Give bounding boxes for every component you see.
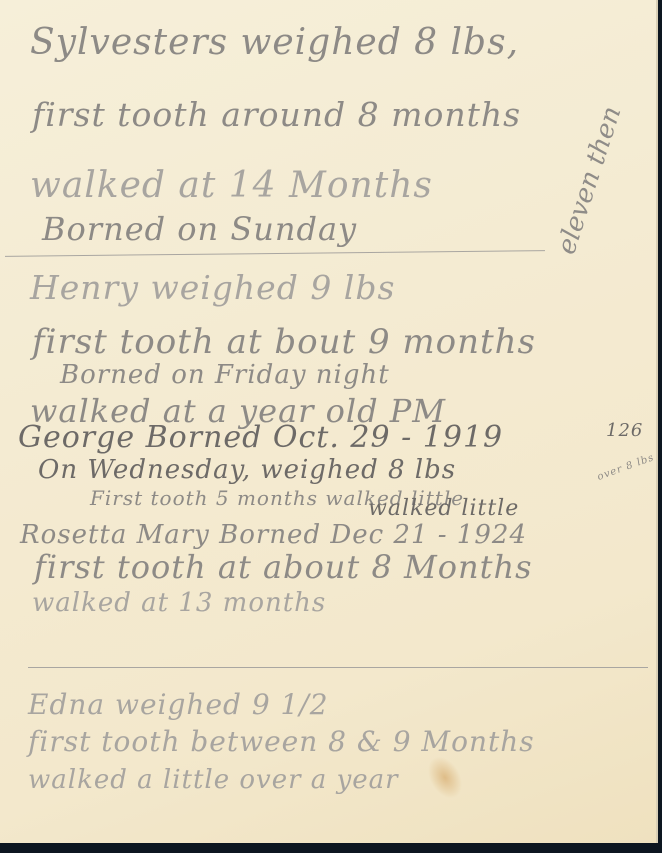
sylvester-weight: Sylvesters weighed 8 lbs, xyxy=(30,22,519,63)
scan-border xyxy=(0,843,662,853)
section-divider-2 xyxy=(28,667,648,668)
rosetta-tooth: first tooth at about 8 Months xyxy=(34,548,533,586)
rosetta-walked: walked at 13 months xyxy=(32,588,326,618)
handwritten-page: Sylvesters weighed 8 lbs, first tooth ar… xyxy=(0,0,658,843)
edna-walked: walked a little over a year xyxy=(28,765,399,795)
henry-born: Borned on Friday night xyxy=(60,360,390,390)
henry-weight: Henry weighed 9 lbs xyxy=(30,268,395,307)
george-weekday: On Wednesday, weighed 8 lbs xyxy=(38,455,456,485)
small-margin-note: over 8 lbs xyxy=(596,452,656,483)
rosetta-overwrite: walked little xyxy=(368,496,519,521)
sylvester-tooth: first tooth around 8 months xyxy=(32,95,521,134)
section-divider-1 xyxy=(5,250,545,257)
sylvester-walked: walked at 14 Months xyxy=(30,165,433,206)
henry-tooth: first tooth at bout 9 months xyxy=(32,322,536,362)
rosetta-born: Rosetta Mary Borned Dec 21 - 1924 xyxy=(20,520,527,550)
george-born: George Borned Oct. 29 - 1919 xyxy=(18,420,503,455)
vertical-margin-note: eleven then xyxy=(551,103,627,258)
george-annotation: 126 xyxy=(606,420,643,441)
sylvester-born: Borned on Sunday xyxy=(42,210,357,248)
edna-weight: Edna weighed 9 1/2 xyxy=(28,688,329,721)
edna-tooth: first tooth between 8 & 9 Months xyxy=(28,725,535,758)
